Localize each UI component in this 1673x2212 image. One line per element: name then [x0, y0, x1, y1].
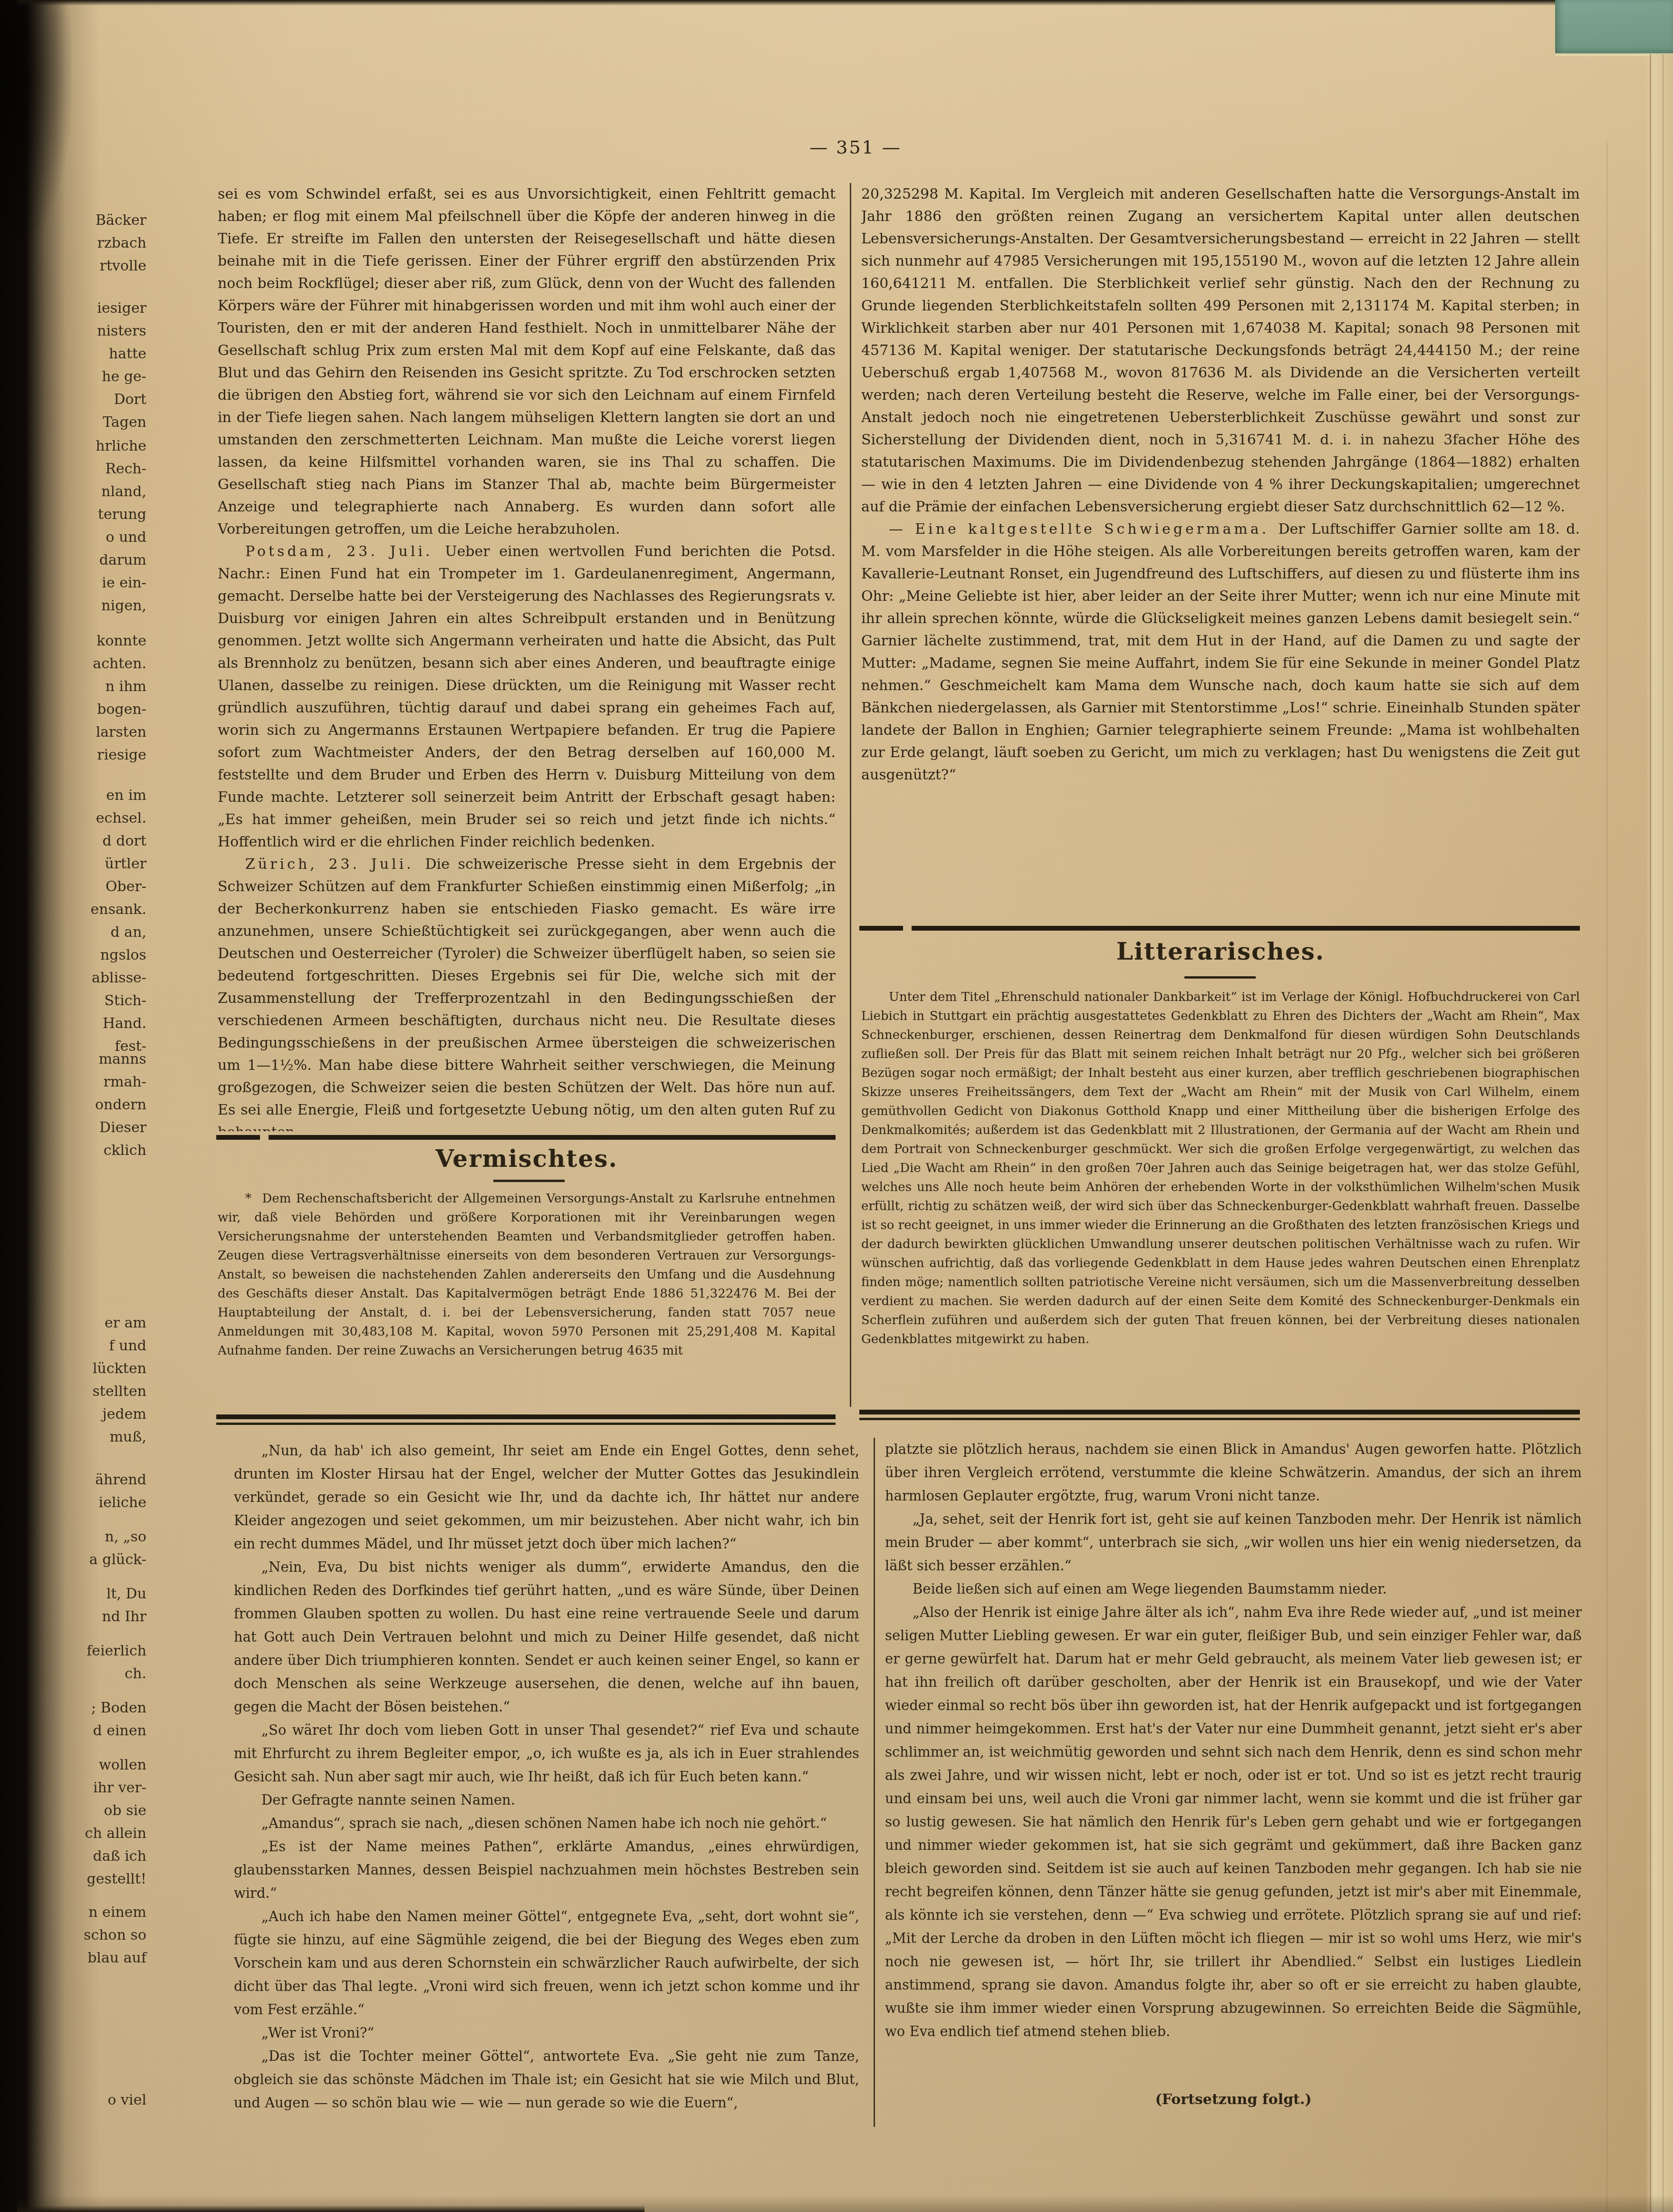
continuation-note: (Fortsetzung folgt.) [885, 2091, 1582, 2108]
section-heading-vermischtes: Vermischtes. [218, 1144, 836, 1173]
paragraph: „Amandus“, sprach sie nach, „diesen schö… [234, 1812, 859, 1835]
vermischtes-text: * Dem Rechenschaftsbericht der Allgemein… [218, 1189, 836, 1413]
section-rule [859, 926, 1580, 931]
feuilleton-column-divider [874, 1438, 875, 2127]
section-rule [216, 1135, 836, 1140]
paragraph: „Nun, da hab' ich also gemeint, Ihr seie… [234, 1439, 859, 1556]
paragraph: „Ja, sehet, seit der Henrik fort ist, ge… [885, 1508, 1582, 1577]
column-divider [850, 183, 851, 1407]
edge-crease [1650, 54, 1651, 2212]
edge-crease [1663, 54, 1663, 2212]
paragraph: „Das ist die Tochter meiner Göttel“, ant… [234, 2045, 859, 2115]
section-heading-litterarisches: Litterarisches. [861, 937, 1580, 965]
paragraph: 20,325298 M. Kapital. Im Vergleich mit a… [861, 183, 1580, 518]
paragraph: sei es vom Schwindel erfaßt, sei es aus … [218, 183, 836, 540]
edge-crease [1606, 143, 1607, 2212]
scanned-newspaper-page: Bäckerrzbachrtvolleiesigernistershattehe… [0, 0, 1673, 2212]
paragraph: „Wer ist Vroni?“ [234, 2021, 859, 2045]
paragraph: Beide ließen sich auf einen am Wege lieg… [885, 1577, 1582, 1601]
paragraph: „Also der Henrik ist einige Jahre älter … [885, 1601, 1582, 2043]
paragraph-lead: — Eine kaltgestellte Schwiegermama. [889, 521, 1278, 538]
feuilleton-rule-left [216, 1414, 836, 1425]
heading-underline [493, 1180, 565, 1182]
page-top-edge [17, 0, 1557, 6]
page-number: — 351 — [751, 137, 960, 158]
feuilleton-right-column: platzte sie plötzlich heraus, nachdem si… [885, 1438, 1582, 2094]
paragraph: „So wäret Ihr doch vom lieben Gott in un… [234, 1719, 859, 1789]
paragraph: „Nein, Eva, Du bist nichts weniger als d… [234, 1556, 859, 1719]
litterarisches-text: Unter dem Titel „Ehrenschuld nationaler … [861, 988, 1580, 1408]
paragraph: Der Gefragte nannte seinen Namen. [234, 1789, 859, 1812]
paragraph-lead: Zürich, 23. Juli. [245, 856, 425, 873]
paragraph: Potsdam, 23. Juli. Ueber einen wertvolle… [218, 540, 836, 853]
feuilleton-rule-right [859, 1410, 1580, 1420]
paragraph-lead: * [245, 1192, 262, 1206]
right-column-news: 20,325298 M. Kapital. Im Vergleich mit a… [861, 183, 1580, 923]
paragraph: platzte sie plötzlich heraus, nachdem si… [885, 1438, 1582, 1508]
page-bottom-shadow [17, 2195, 1673, 2212]
paragraph: * Dem Rechenschaftsbericht der Allgemein… [218, 1189, 836, 1360]
underlying-page-corner [1555, 0, 1673, 54]
paragraph: Unter dem Titel „Ehrenschuld nationaler … [861, 988, 1580, 1349]
left-column-news: sei es vom Schwindel erfaßt, sei es aus … [218, 183, 836, 1131]
paragraph-lead: Potsdam, 23. Juli. [245, 543, 445, 560]
paragraph: — Eine kaltgestellte Schwiegermama. Der … [861, 518, 1580, 786]
gutter-ink-blotch [0, 0, 71, 247]
book-gutter-shadow [0, 0, 100, 2212]
paragraph: Zürich, 23. Juli. Die schweizerische Pre… [218, 853, 836, 1131]
feuilleton-left-column: „Nun, da hab' ich also gemeint, Ihr seie… [234, 1439, 859, 2119]
paragraph: „Es ist der Name meines Pathen“, erklärt… [234, 1835, 859, 1905]
paragraph: „Auch ich habe den Namen meiner Göttel“,… [234, 1905, 859, 2021]
heading-underline [1184, 976, 1256, 979]
